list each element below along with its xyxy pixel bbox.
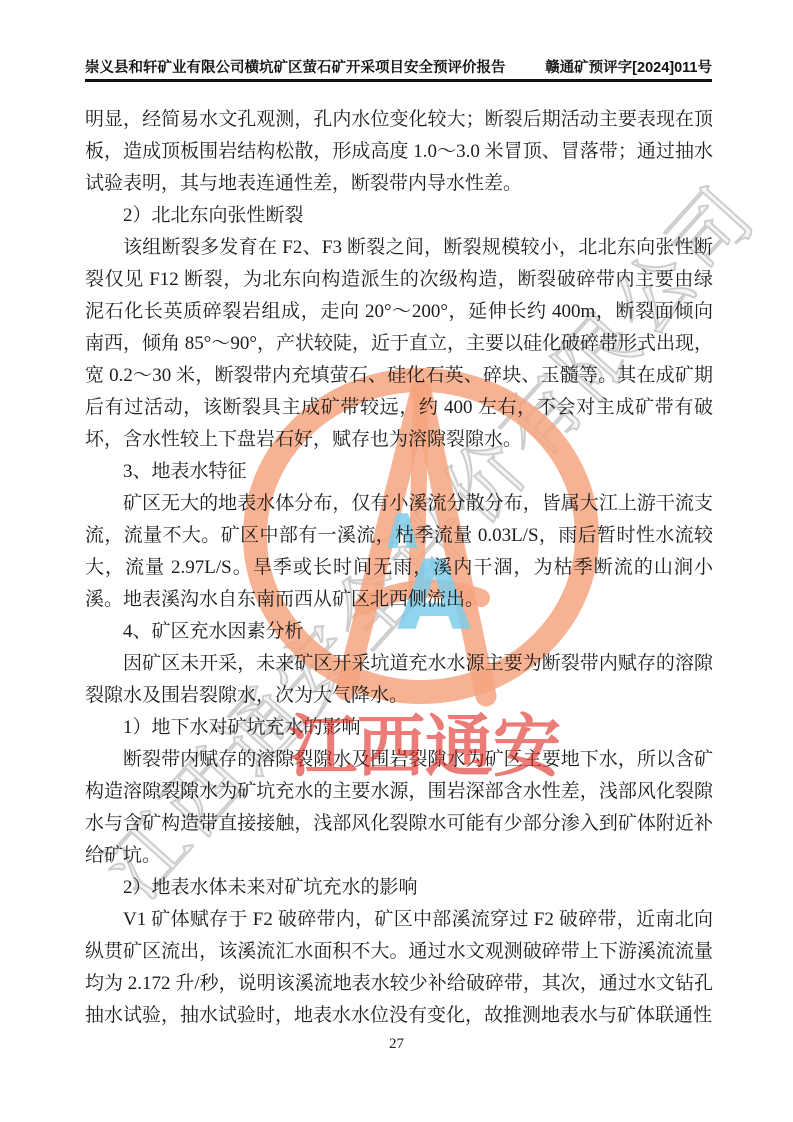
header-divider: [85, 79, 712, 82]
page-number: 27: [0, 1036, 793, 1053]
paragraph-heading: 2）地表水体未来对矿坑充水的影响: [85, 872, 713, 904]
page-header: 崇义县和轩矿业有限公司横坑矿区萤石矿开采项目安全预评价报告 赣通矿预评字[202…: [85, 56, 712, 77]
report-body: 明显，经简易水文孔观测，孔内水位变化较大；断裂后期活动主要表现在顶板，造成顶板围…: [85, 104, 713, 1032]
paragraph-heading: 2）北北东向张性断裂: [85, 200, 713, 232]
paragraph: V1 矿体赋存于 F2 破碎带内，矿区中部溪流穿过 F2 破碎带，近南北向纵贯矿…: [85, 904, 713, 1032]
header-report-title: 崇义县和轩矿业有限公司横坑矿区萤石矿开采项目安全预评价报告: [85, 56, 506, 77]
paragraph-heading: 1）地下水对矿坑充水的影响: [85, 712, 713, 744]
paragraph-heading: 4、矿区充水因素分析: [85, 616, 713, 648]
paragraph: 因矿区未开采，未来矿区开采坑道充水水源主要为断裂带内赋存的溶隙裂隙水及围岩裂隙水…: [85, 648, 713, 712]
paragraph: 该组断裂多发育在 F2、F3 断裂之间，断裂规模较小，北北东向张性断裂仅见 F1…: [85, 232, 713, 456]
paragraph-heading: 3、地表水特征: [85, 456, 713, 488]
document-page: 崇义县和轩矿业有限公司横坑矿区萤石矿开采项目安全预评价报告 赣通矿预评字[202…: [0, 0, 793, 1122]
header-doc-number: 赣通矿预评字[2024]011号: [545, 56, 712, 77]
paragraph: 明显，经简易水文孔观测，孔内水位变化较大；断裂后期活动主要表现在顶板，造成顶板围…: [85, 104, 713, 200]
paragraph: 矿区无大的地表水体分布，仅有小溪流分散分布，皆属大江上游干流支流，流量不大。矿区…: [85, 488, 713, 616]
paragraph: 断裂带内赋存的溶隙裂隙水及围岩裂隙水为矿区主要地下水，所以含矿构造溶隙裂隙水为矿…: [85, 744, 713, 872]
